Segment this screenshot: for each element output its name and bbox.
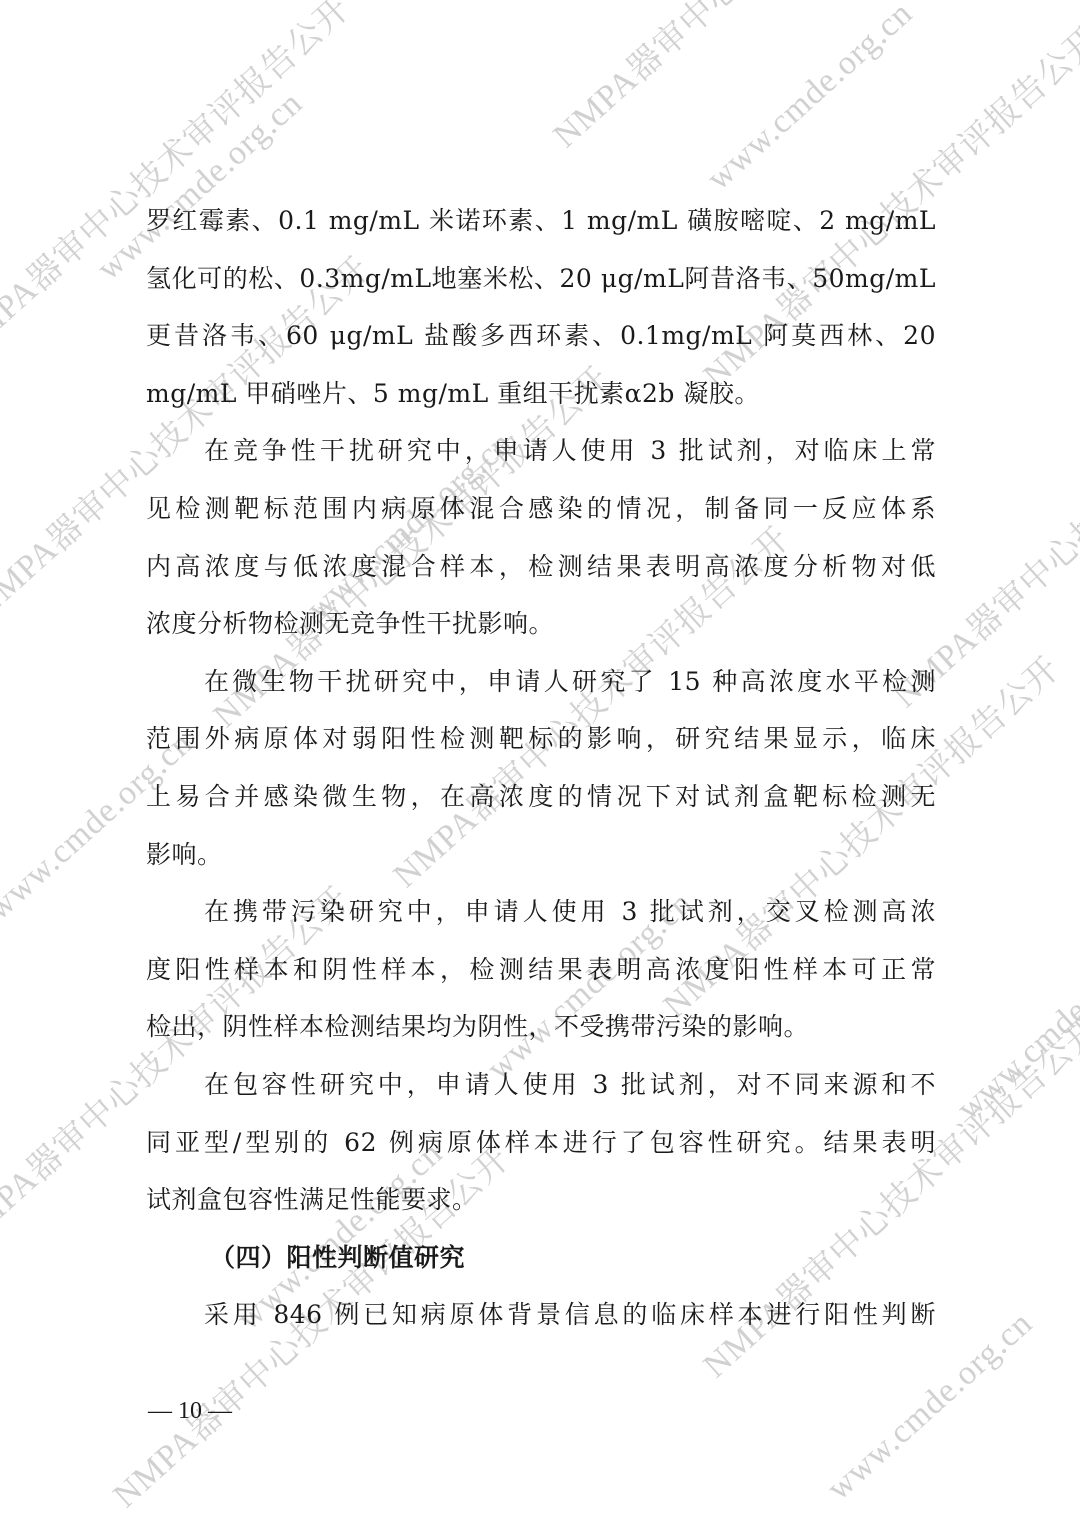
paragraph-start-line: 采用 846 例已知病原体背景信息的临床样本进行阳性判断: [146, 1290, 936, 1348]
text-line: 范围外病原体对弱阳性检测靶标的影响，研究结果显示，临床: [146, 714, 936, 772]
text-line: 上易合并感染微生物，在高浓度的情况下对试剂盒靶标检测无: [146, 772, 936, 830]
watermark-url: www.cmde.org.cn: [700, 0, 920, 198]
page-number: — 10 —: [148, 1398, 232, 1425]
document-body: 罗红霉素、0.1 mg/mL 米诺环素、1 mg/mL 磺胺嘧啶、2 mg/mL…: [146, 196, 936, 1348]
watermark-url: www.cmde.org.cn: [950, 924, 1080, 1128]
text-line: 检出，阴性样本检测结果均为阴性，不受携带污染的影响。: [146, 1002, 936, 1060]
section-heading: （四）阳性判断值研究: [146, 1233, 936, 1291]
text-line: 罗红霉素、0.1 mg/mL 米诺环素、1 mg/mL 磺胺嘧啶、2 mg/mL: [146, 196, 936, 254]
text-line: 同亚型/型别的 62 例病原体样本进行了包容性研究。结果表明: [146, 1118, 936, 1176]
text-line: 氢化可的松、0.3mg/mL地塞米松、20 μg/mL阿昔洛韦、50mg/mL: [146, 254, 936, 312]
text-line: 更昔洛韦、60 μg/mL 盐酸多西环素、0.1mg/mL 阿莫西林、20: [146, 311, 936, 369]
text-line: 试剂盒包容性满足性能要求。: [146, 1175, 936, 1233]
paragraph-start-line: 在竞争性干扰研究中，申请人使用 3 批试剂，对临床上常: [146, 426, 936, 484]
text-line: mg/mL 甲硝唑片、5 mg/mL 重组干扰素α2b 凝胶。: [146, 369, 936, 427]
text-line: 度阳性样本和阴性样本，检测结果表明高浓度阳性样本可正常: [146, 945, 936, 1003]
text-line: 影响。: [146, 830, 936, 888]
text-line: 见检测靶标范围内病原体混合感染的情况，制备同一反应体系: [146, 484, 936, 542]
paragraph-start-line: 在包容性研究中，申请人使用 3 批试剂，对不同来源和不: [146, 1060, 936, 1118]
paragraph-start-line: 在微生物干扰研究中，申请人研究了 15 种高浓度水平检测: [146, 657, 936, 715]
watermark-text: NMPA器审中心技术审评报告公开: [540, 0, 959, 156]
text-line: 浓度分析物检测无竞争性干扰影响。: [146, 599, 936, 657]
text-line: 内高浓度与低浓度混合样本，检测结果表明高浓度分析物对低: [146, 542, 936, 600]
paragraph-start-line: 在携带污染研究中，申请人使用 3 批试剂，交叉检测高浓: [146, 887, 936, 945]
